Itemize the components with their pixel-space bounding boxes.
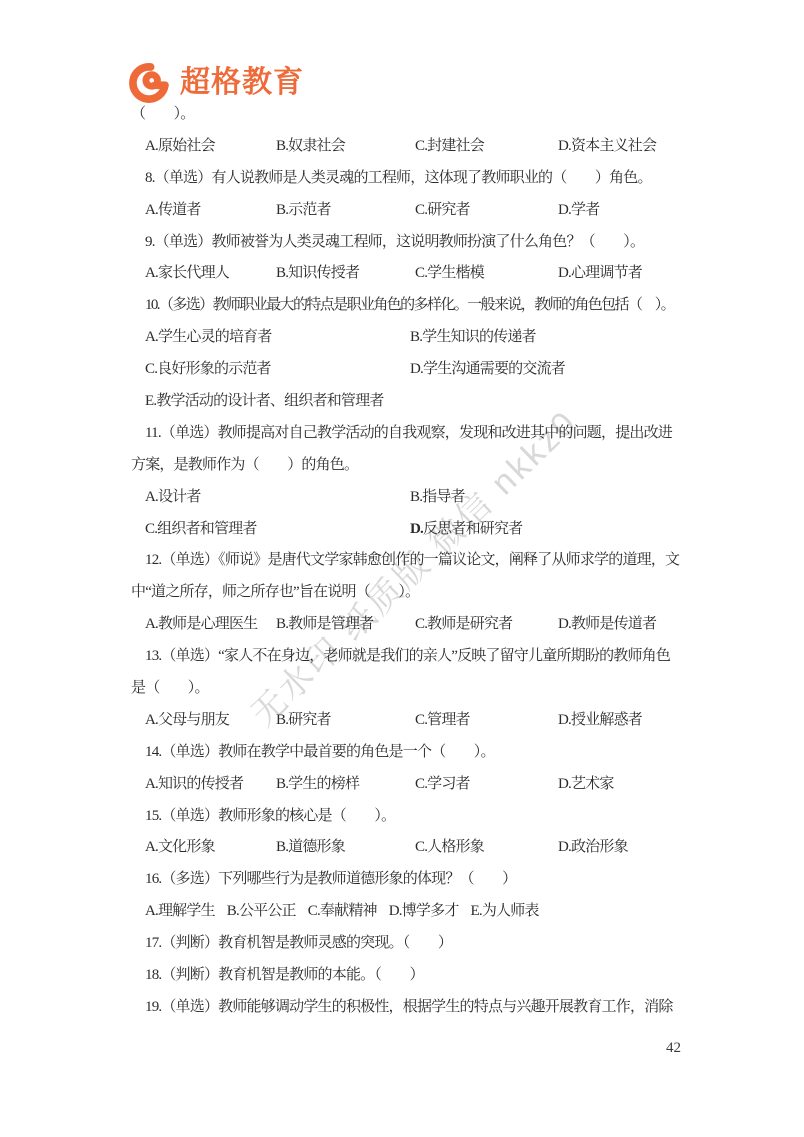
question-continuation-line: 方案，是教师作为（ ）的角色。 (0, 450, 804, 482)
question-continuation-line: 中“道之所存，师之所存也”旨在说明（ ）。 (0, 577, 804, 609)
option: B.学生知识的传递者 (410, 322, 536, 354)
options-row: A.理解学生B.公平公正C.奉献精神D.博学多才E.为人师表 (0, 896, 804, 928)
options-row: A.教师是心理医生B.教师是管理者C.教师是研究者D.教师是传道者 (0, 609, 804, 641)
option: C.研究者 (415, 195, 470, 227)
options-row: A.设计者B.指导者 (0, 482, 804, 514)
options-row: A.学生心灵的培育者B.学生知识的传递者 (0, 322, 804, 354)
option: B.示范者 (276, 195, 331, 227)
option: A.教师是心理医生 (145, 609, 257, 641)
option: D.资本主义社会 (558, 131, 656, 163)
option: B.知识传授者 (276, 258, 359, 290)
document-page: 无水印 纸质版 微信 nkkz0 超格教育 （ ）。A.原始社会B.奴隶社会C.… (0, 0, 804, 1137)
options-row: A.原始社会B.奴隶社会C.封建社会D.资本主义社会 (0, 131, 804, 163)
option: A.设计者 (145, 482, 201, 514)
question-line: 15.（单选）教师形象的核心是（ ）。 (0, 801, 804, 833)
question-line: 17.（判断）教育机智是教师灵感的突现。（ ） (0, 928, 804, 960)
option: C.教师是研究者 (415, 609, 512, 641)
question-line: 9.（单选）教师被誉为人类灵魂工程师，这说明教师扮演了什么角色？（ ）。 (0, 227, 804, 259)
question-line: 14.（单选）教师在教学中最首要的角色是一个（ ）。 (0, 737, 804, 769)
option: A.学生心灵的培育者 (145, 322, 272, 354)
option: B.指导者 (410, 482, 465, 514)
options-row: A.父母与朋友B.研究者C.管理者D.授业解惑者 (0, 705, 804, 737)
option: B.道德形象 (276, 832, 345, 864)
question-line: 12.（单选）《师说》是唐代文学家韩愈创作的一篇议论文，阐释了从师求学的道理，文 (0, 545, 804, 577)
option: A.家长代理人 (145, 258, 229, 290)
option: D.学者 (558, 195, 599, 227)
option: B.研究者 (276, 705, 331, 737)
question-continuation-line: 是（ ）。 (0, 673, 804, 705)
option: B.奴隶社会 (276, 131, 345, 163)
option: A.知识的传授者 (145, 769, 243, 801)
option: E.教学活动的设计者、组织者和管理者 (145, 386, 384, 418)
option: A.传道者 (145, 195, 201, 227)
document-body: （ ）。A.原始社会B.奴隶社会C.封建社会D.资本主义社会8.（单选）有人说教… (0, 99, 804, 1024)
option: D.心理调节者 (558, 258, 642, 290)
options-row: A.传道者B.示范者C.研究者D.学者 (0, 195, 804, 227)
options-row: E.教学活动的设计者、组织者和管理者 (0, 386, 804, 418)
option: A.文化形象 (145, 832, 215, 864)
option: A.理解学生 (145, 896, 215, 928)
option: D.授业解惑者 (558, 705, 642, 737)
page-number: 42 (666, 1040, 681, 1057)
options-row: A.家长代理人B.知识传授者C.学生楷模D.心理调节者 (0, 258, 804, 290)
question-line: 18.（判断）教育机智是教师的本能。（ ） (0, 960, 804, 992)
option: C.管理者 (415, 705, 470, 737)
question-line: 16.（多选）下列哪些行为是教师道德形象的体现？（ ） (0, 864, 804, 896)
options-row: C.组织者和管理者D.反思者和研究者 (0, 514, 804, 546)
question-line: 8.（单选）有人说教师是人类灵魂的工程师，这体现了教师职业的（ ）角色。 (0, 163, 804, 195)
question-continuation-line: （ ）。 (0, 99, 804, 131)
option: D.博学多才 (389, 896, 459, 928)
option: C.学生楷模 (415, 258, 484, 290)
option: D.学生沟通需要的交流者 (410, 354, 565, 386)
option: D.政治形象 (558, 832, 628, 864)
option: C.人格形象 (415, 832, 484, 864)
question-line: 19.（单选）教师能够调动学生的积极性，根据学生的特点与兴趣开展教育工作，消除 (0, 992, 804, 1024)
options-row: C.良好形象的示范者D.学生沟通需要的交流者 (0, 354, 804, 386)
option: C.封建社会 (415, 131, 484, 163)
option: E.为人师表 (471, 896, 539, 928)
option: D.教师是传道者 (558, 609, 656, 641)
option: C.良好形象的示范者 (145, 354, 271, 386)
option: A.父母与朋友 (145, 705, 229, 737)
option: C.学习者 (415, 769, 470, 801)
option: D.艺术家 (558, 769, 614, 801)
option: B.教师是管理者 (276, 609, 373, 641)
question-line: 10.（多选）教师职业最大的特点是职业角色的多样化。一般来说，教师的角色包括（ … (0, 290, 804, 322)
option: C.奉献精神 (308, 896, 377, 928)
options-row: A.文化形象B.道德形象C.人格形象D.政治形象 (0, 832, 804, 864)
question-line: 13.（单选）“家人不在身边，老师就是我们的亲人”反映了留守儿童所期盼的教师角色 (0, 641, 804, 673)
options-row: A.知识的传授者B.学生的榜样C.学习者D.艺术家 (0, 769, 804, 801)
option: D.反思者和研究者 (410, 514, 522, 546)
option: B.学生的榜样 (276, 769, 359, 801)
question-line: 11.（单选）教师提高对自己教学活动的自我观察，发现和改进其中的问题，提出改进 (0, 418, 804, 450)
option: A.原始社会 (145, 131, 215, 163)
option: B.公平公正 (227, 896, 296, 928)
option: C.组织者和管理者 (145, 514, 257, 546)
